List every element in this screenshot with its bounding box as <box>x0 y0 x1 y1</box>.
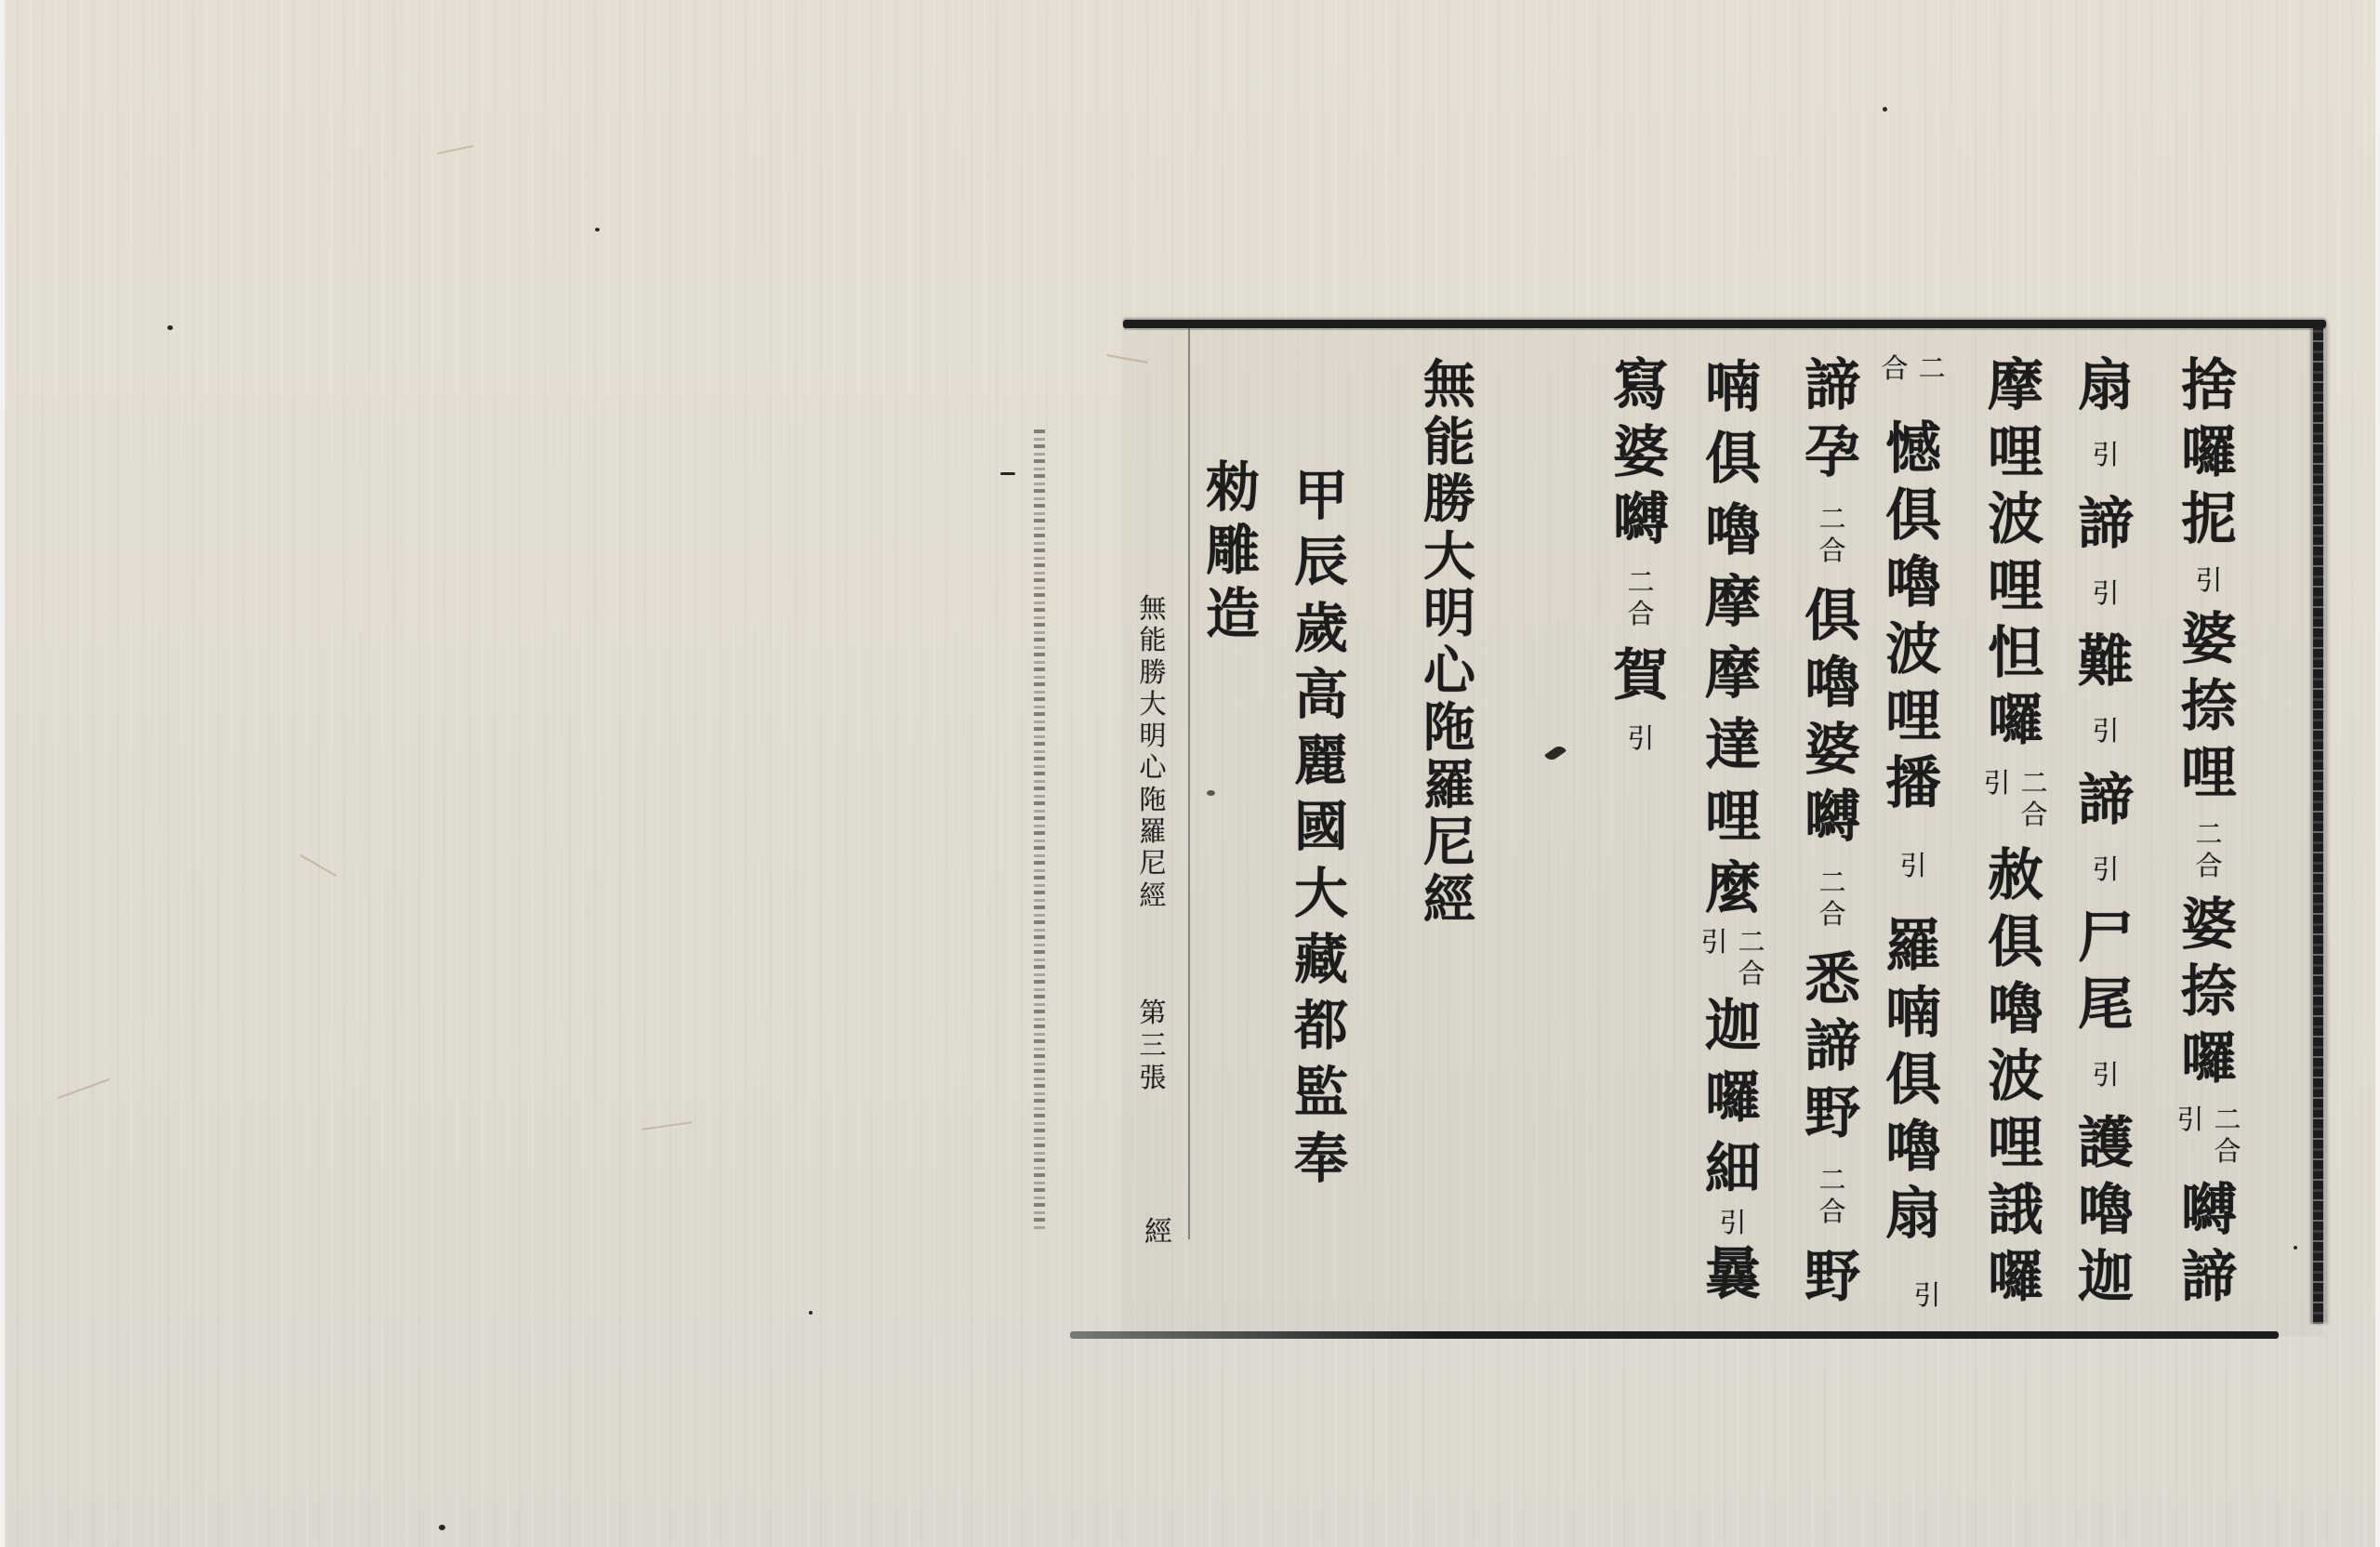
dharani-run: 喃俱嚕摩摩達哩麼 <box>1703 352 1763 925</box>
dharani-run: 寫婆嚩 <box>1611 352 1671 553</box>
text-column-3: 摩哩波哩怛囉 二合 引 赦俱嚕波哩誐囉 <box>1978 352 2053 1311</box>
reading-note-left: 引 <box>2175 1104 2206 1135</box>
split-reading-note: 二合 引 <box>1699 926 1767 989</box>
reading-note: 引 <box>2090 577 2122 609</box>
text-column-7: 寫婆嚩 二合 賀 引 <box>1604 352 1678 754</box>
dharani-run: 悉諦野 <box>1803 946 1862 1147</box>
frame-bottom-border <box>1070 1331 2279 1339</box>
text-column-6: 喃俱嚕摩摩達哩麼 二合 引 迦囉細 引 曩 <box>1696 352 1770 1311</box>
sutra-title: 無能勝大明心陁羅尼經 <box>1417 357 1482 929</box>
dharani-run: 曩 <box>1703 1239 1763 1311</box>
scan-edge-left <box>0 0 5 1547</box>
paper-speck <box>167 325 173 330</box>
paper-speck <box>1000 472 1015 475</box>
reading-note-left: 合 <box>1879 352 1911 384</box>
dharani-run: 嚩諦 <box>2179 1177 2239 1311</box>
frame-right-border <box>2313 322 2323 1324</box>
colophon-line-1: 甲辰歲高麗國大藏都監奉 <box>1289 463 1354 1192</box>
reading-note: 引 <box>2090 853 2122 885</box>
reading-note: 二合 <box>1817 866 1848 930</box>
reading-note-right: 二合 <box>2018 767 2050 830</box>
reading-note: 二合 <box>1817 503 1848 566</box>
dharani-run: 迦囉細 <box>1703 991 1763 1206</box>
reading-note: 引 <box>2193 564 2225 596</box>
dharani-run: 婆捺哩 <box>2179 606 2239 807</box>
text-column-4: 二 合 憾俱嚕波哩播 引 羅喃俱嚕扇 引 <box>1876 352 1950 1311</box>
reading-note-left: 引 <box>1699 926 1730 958</box>
paper-speck <box>439 1525 445 1530</box>
split-reading-note: 二 合 <box>1879 352 1948 384</box>
colophon-line-2: 勑雕造 <box>1200 456 1265 645</box>
reading-note: 引 <box>1897 850 1929 881</box>
frame-top-border <box>1123 320 2326 328</box>
text-column-2: 扇 引 諦 引 難 引 諦 引 尸尾 引 護嚕迦 <box>2069 352 2143 1311</box>
reading-note-left: 引 <box>1981 767 2013 799</box>
dharani-run: 賀 <box>1611 642 1671 709</box>
reading-note-right: 二合 <box>2212 1104 2243 1167</box>
margin-divider-line <box>1188 327 1190 1239</box>
reading-note: 引 <box>2090 1059 2122 1091</box>
reading-note-right: 二 <box>1916 352 1948 384</box>
reading-note-right: 二合 <box>1736 926 1767 989</box>
paper-speck <box>1883 107 1887 112</box>
text-column-5: 諦孕 二合 俱嚕婆嚩 二合 悉諦野 二合 野 <box>1795 352 1870 1311</box>
margin-sheet-number: 第三張 <box>1136 997 1170 1094</box>
block-edge-ink-smear <box>1034 430 1045 1231</box>
margin-case-mark: 經 <box>1142 1216 1175 1249</box>
dharani-run: 憾俱嚕波哩播 <box>1884 416 1943 817</box>
dharani-run: 赦俱嚕波哩誐囉 <box>1986 842 2045 1311</box>
reading-note: 引 <box>2090 715 2122 747</box>
paper-speck <box>595 228 600 231</box>
margin-sutra-title: 無能勝大明心陁羅尼經 <box>1136 592 1170 911</box>
dharani-run: 諦 <box>2076 767 2135 834</box>
dharani-run: 難 <box>2076 628 2135 695</box>
reading-note: 二合 <box>1625 566 1657 629</box>
scan-edge-right <box>2375 0 2380 1547</box>
dharani-run: 捨囉抳 <box>2179 352 2239 553</box>
split-reading-note: 二合 引 <box>1981 767 2050 830</box>
dharani-run: 尸尾 <box>2076 905 2135 1038</box>
reading-note: 引 <box>1625 722 1657 754</box>
reading-note: 引 <box>1717 1207 1749 1238</box>
paper-speck <box>809 1311 813 1315</box>
text-column-1: 捨囉抳 引 婆捺哩 二合 婆捺囉 二合 引 嚩諦 <box>2172 352 2246 1311</box>
reading-note: 引 <box>1911 1279 1943 1311</box>
reading-note: 二合 <box>2193 818 2225 881</box>
dharani-run: 護嚕迦 <box>2076 1110 2135 1311</box>
reading-note: 引 <box>2090 439 2122 470</box>
dharani-run: 野 <box>1803 1244 1862 1311</box>
dharani-run: 諦 <box>2076 491 2135 558</box>
split-reading-note: 二合 引 <box>2175 1104 2243 1167</box>
dharani-run: 諦孕 <box>1803 352 1862 486</box>
dharani-run: 婆捺囉 <box>2179 892 2239 1092</box>
dharani-run: 羅喃俱嚕扇 <box>1884 913 1943 1248</box>
dharani-run: 俱嚕婆嚩 <box>1803 583 1862 851</box>
dharani-run: 摩哩波哩怛囉 <box>1986 352 2045 754</box>
dharani-run: 扇 <box>2076 352 2135 419</box>
reading-note: 二合 <box>1817 1164 1848 1227</box>
